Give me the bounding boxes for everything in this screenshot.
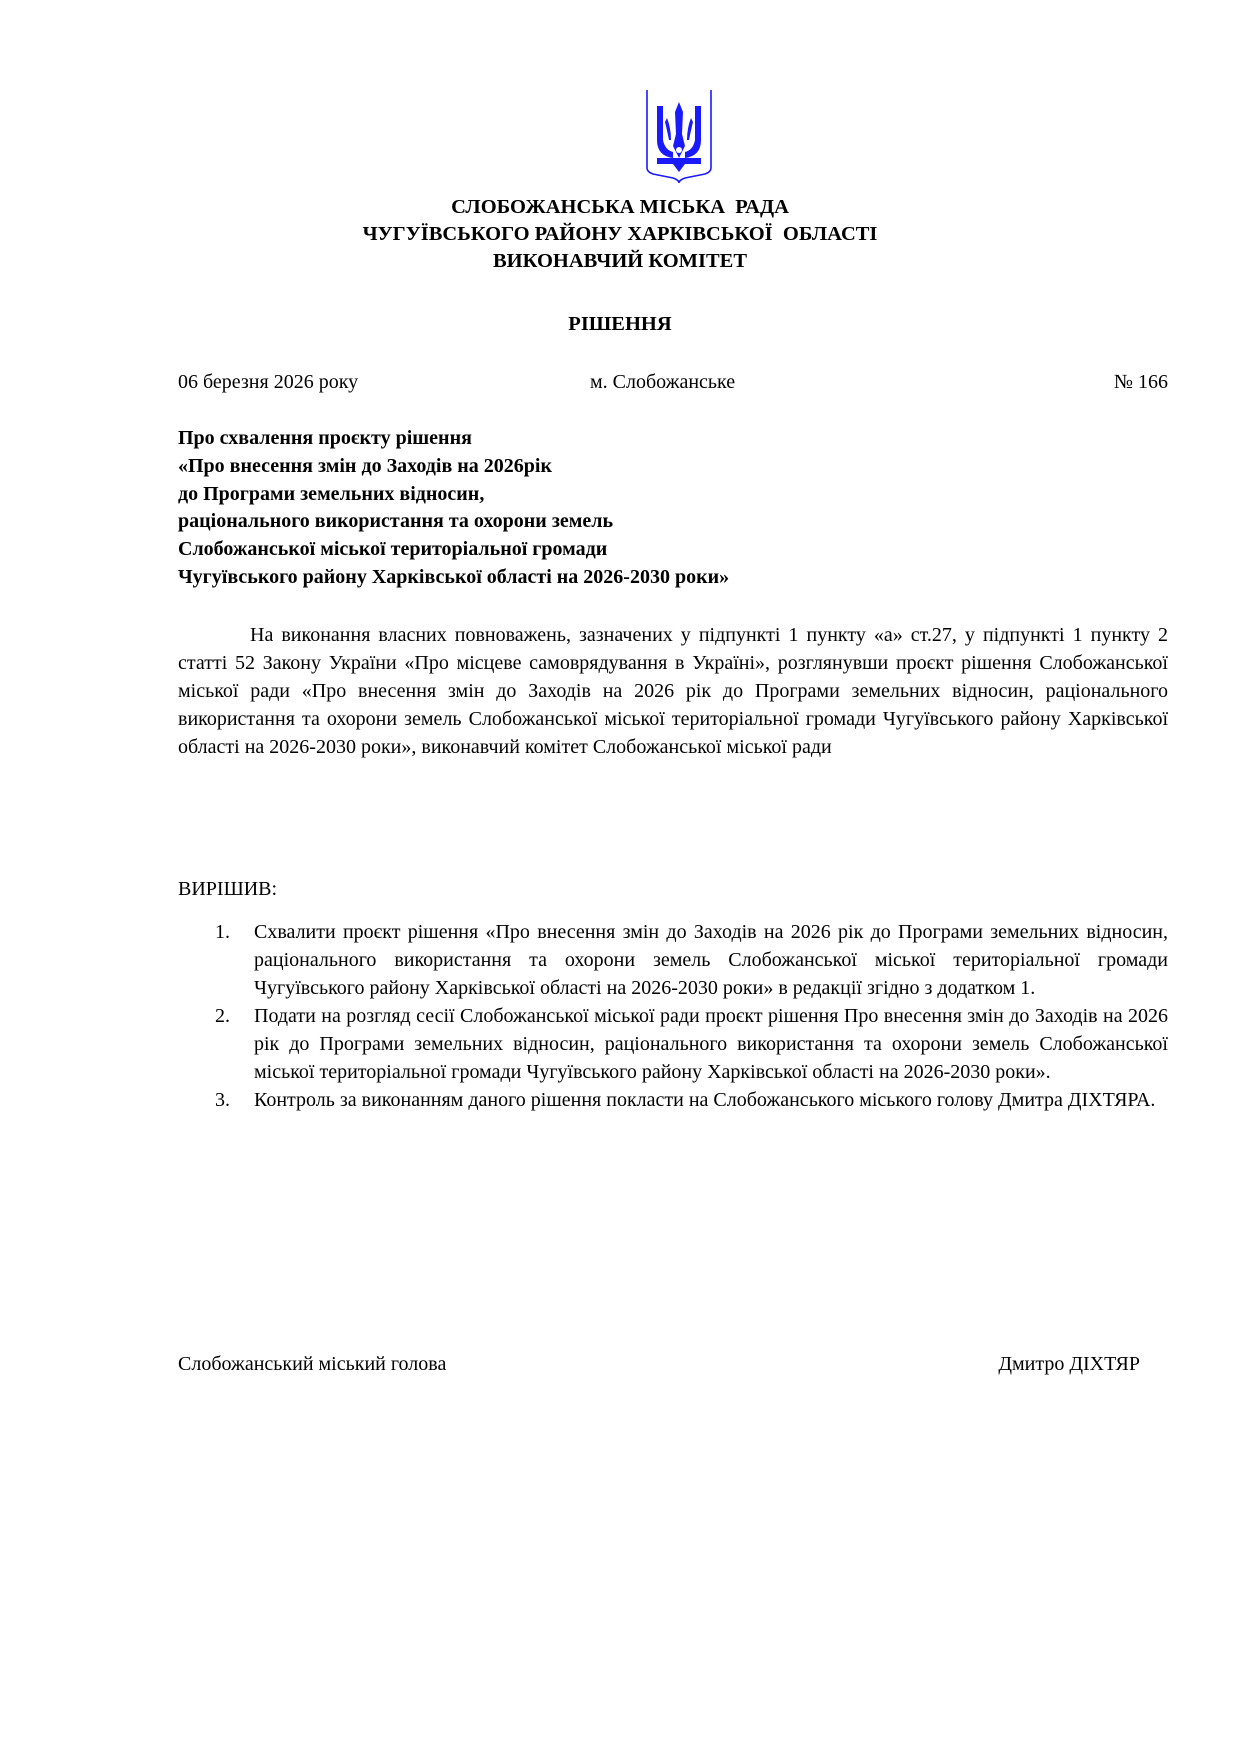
decision-number: 2. bbox=[215, 1002, 230, 1030]
subject-line: Про схвалення проєкту рішення bbox=[178, 425, 729, 453]
district-region-name: ЧУГУЇВСЬКОГО РАЙОНУ ХАРКІВСЬКОЇ ОБЛАСТІ bbox=[0, 221, 1240, 248]
subject-line: раціонального використання та охорони зе… bbox=[178, 508, 729, 536]
document-number: № 166 bbox=[1114, 368, 1168, 396]
decision-text: Контроль за виконанням даного рішення по… bbox=[254, 1089, 1155, 1111]
subject-line: «Про внесення змін до Заходів на 2026рік bbox=[178, 453, 729, 481]
document-date: 06 березня 2026 року bbox=[178, 368, 358, 396]
decision-number: 3. bbox=[215, 1086, 230, 1114]
decision-text: Схвалити проєкт рішення «Про внесення зм… bbox=[254, 921, 1168, 999]
decision-item: 3. Контроль за виконанням даного рішення… bbox=[178, 1086, 1168, 1114]
signatory-name: Дмитро ДІХТЯР bbox=[998, 1350, 1140, 1378]
subject-line: Слобожанської міської територіальної гро… bbox=[178, 536, 729, 564]
decision-item: 2. Подати на розгляд сесії Слобожанської… bbox=[178, 1002, 1168, 1086]
executive-committee-name: ВИКОНАВЧИЙ КОМІТЕТ bbox=[0, 248, 1240, 275]
decision-number: 1. bbox=[215, 918, 230, 946]
issuing-authority-header: СЛОБОЖАНСЬКА МІСЬКА РАДА ЧУГУЇВСЬКОГО РА… bbox=[0, 194, 1240, 275]
signatory-role: Слобожанський міський голова bbox=[178, 1350, 446, 1378]
subject-line: до Програми земельних відносин, bbox=[178, 481, 729, 509]
decision-subject: Про схвалення проєкту рішення «Про внесе… bbox=[178, 425, 729, 592]
decision-text: Подати на розгляд сесії Слобожанської мі… bbox=[254, 1005, 1168, 1083]
document-title: РІШЕННЯ bbox=[0, 311, 1240, 338]
decision-list: 1. Схвалити проєкт рішення «Про внесення… bbox=[178, 918, 1168, 1114]
ukraine-trident-coat-of-arms-icon bbox=[645, 88, 713, 184]
resolved-label: ВИРІШИВ: bbox=[178, 875, 277, 903]
decision-item: 1. Схвалити проєкт рішення «Про внесення… bbox=[178, 918, 1168, 1002]
document-place: м. Слобожанське bbox=[590, 368, 735, 396]
document-meta: 06 березня 2026 року м. Слобожанське № 1… bbox=[178, 368, 1168, 396]
document-page: СЛОБОЖАНСЬКА МІСЬКА РАДА ЧУГУЇВСЬКОГО РА… bbox=[0, 0, 1240, 1754]
subject-line: Чугуївського району Харківської області … bbox=[178, 564, 729, 592]
preamble-paragraph: На виконання власних повноважень, зазнач… bbox=[178, 621, 1168, 761]
council-name: СЛОБОЖАНСЬКА МІСЬКА РАДА bbox=[0, 194, 1240, 221]
